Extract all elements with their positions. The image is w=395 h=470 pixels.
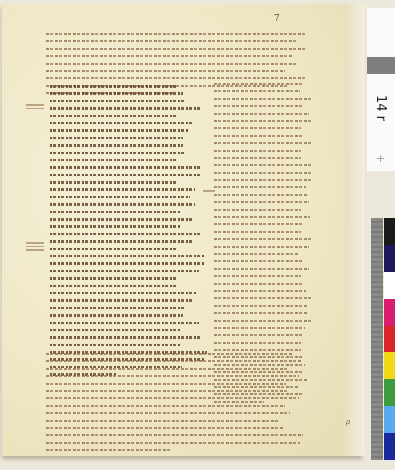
text-line [214,272,314,279]
color-calibration-strip [384,218,395,460]
text-line [46,37,316,44]
crosshair-icon: + [376,152,385,165]
text-line [46,409,304,416]
color-patch [384,218,395,245]
text-line [50,200,208,207]
text-line [50,311,208,318]
margin-note [203,188,215,194]
text-line [214,309,314,316]
color-patch [384,406,395,433]
text-line [214,339,314,346]
text-line [50,319,208,326]
text-line [214,302,314,309]
text-line [214,324,314,331]
text-line [46,380,304,387]
text-line [46,431,304,438]
text-line [50,178,208,185]
text-line [46,439,304,446]
text-line [214,176,314,183]
text-line [46,357,304,364]
text-line [46,365,304,372]
text-line [214,265,314,272]
text-line [50,245,208,252]
text-line [214,257,314,264]
text-line [50,97,208,104]
text-line [50,252,208,259]
text-line [50,333,208,340]
text-line [50,326,208,333]
text-line [50,141,208,148]
text-line [214,183,314,190]
folio-label-card [367,8,395,171]
text-line [50,171,208,178]
color-patch [384,326,395,353]
text-line [50,119,208,126]
text-line [50,208,208,215]
text-line [46,350,304,357]
text-line [50,237,208,244]
text-line [214,317,314,324]
text-line [50,82,208,89]
text-line [46,60,316,67]
text-line [46,402,304,409]
folio-label: 14 r [373,95,388,121]
text-line [214,110,314,117]
text-line [214,213,314,220]
color-patch [384,245,395,272]
text-line [214,139,314,146]
text-line [46,372,304,379]
text-line [50,89,208,96]
main-text-column [50,82,208,378]
text-line [50,156,208,163]
text-line [214,294,314,301]
text-line [214,220,314,227]
text-line [214,206,314,213]
text-line [214,117,314,124]
text-line [214,147,314,154]
text-line [214,154,314,161]
text-line [46,446,304,453]
text-line [46,387,304,394]
text-line [214,228,314,235]
text-line [46,394,304,401]
text-line [50,222,208,229]
color-patch [384,433,395,460]
margin-note [26,102,44,111]
text-line [50,149,208,156]
text-line [50,185,208,192]
text-line [214,161,314,168]
text-line [50,267,208,274]
text-line [46,424,304,431]
color-patch [384,352,395,379]
bottom-paragraph [46,350,304,453]
text-line [214,235,314,242]
text-line [50,134,208,141]
text-line [46,30,316,37]
text-line [50,282,208,289]
page-edge [345,4,365,456]
text-line [214,80,314,87]
text-line [50,193,208,200]
text-line [46,417,304,424]
gray-ruler [371,218,383,460]
text-line [46,52,316,59]
folio-mark-top: 7 [274,14,280,24]
text-line [50,289,208,296]
text-line [214,102,314,109]
text-line [214,250,314,257]
text-line [214,280,314,287]
text-line [214,198,314,205]
text-line [50,259,208,266]
margin-note [26,240,44,253]
text-line [214,95,314,102]
text-line [50,126,208,133]
text-line [214,124,314,131]
text-line [214,287,314,294]
text-line [50,304,208,311]
text-line [50,104,208,111]
text-line [214,87,314,94]
text-line [50,163,208,170]
gray-swatch [367,57,395,74]
text-line [214,331,314,338]
text-line [214,243,314,250]
text-line [214,169,314,176]
text-line [214,191,314,198]
folio-mark-bottom: ρ [346,418,350,426]
text-line [214,132,314,139]
color-patch [384,299,395,326]
color-patch [384,272,395,299]
text-line [50,230,208,237]
text-line [50,341,208,348]
text-line [50,274,208,281]
text-line [50,215,208,222]
text-line [46,45,316,52]
text-line [46,67,316,74]
text-line [50,296,208,303]
color-patch [384,379,395,406]
text-line [50,112,208,119]
